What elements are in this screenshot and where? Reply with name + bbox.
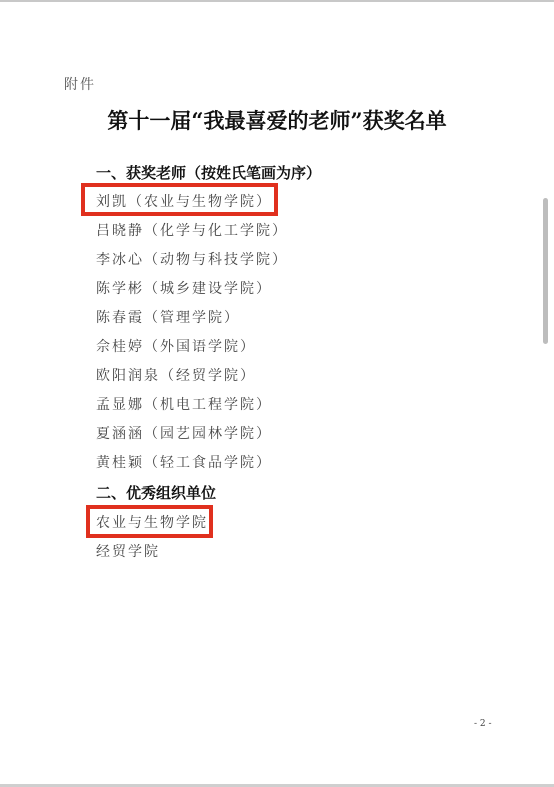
- highlight-box-organization: [86, 505, 213, 538]
- attachment-label: 附件: [64, 74, 96, 94]
- list-item: 经贸学院: [96, 541, 160, 561]
- list-item: 欧阳润泉（经贸学院）: [96, 365, 256, 385]
- section-heading-organizations: 二、优秀组织单位: [96, 482, 216, 503]
- viewer-top-border: [0, 0, 554, 2]
- list-item: 黄桂颖（轻工食品学院）: [96, 452, 272, 472]
- list-item: 佘桂婷（外国语学院）: [96, 336, 256, 356]
- highlight-box-teacher: [81, 183, 278, 216]
- list-item: 吕晓静（化学与化工学院）: [96, 220, 288, 240]
- list-item: 陈学彬（城乡建设学院）: [96, 278, 272, 298]
- page-number: - 2 -: [474, 719, 492, 729]
- list-item: 陈春霞（管理学院）: [96, 307, 240, 327]
- list-item: 孟显娜（机电工程学院）: [96, 394, 272, 414]
- vertical-scrollbar[interactable]: [543, 198, 548, 344]
- document-title: 第十一届“我最喜爱的老师”获奖名单: [0, 105, 554, 135]
- section-heading-teachers: 一、获奖老师（按姓氏笔画为序）: [96, 162, 321, 183]
- list-item: 李冰心（动物与科技学院）: [96, 249, 288, 269]
- list-item: 夏涵涵（园艺园林学院）: [96, 423, 272, 443]
